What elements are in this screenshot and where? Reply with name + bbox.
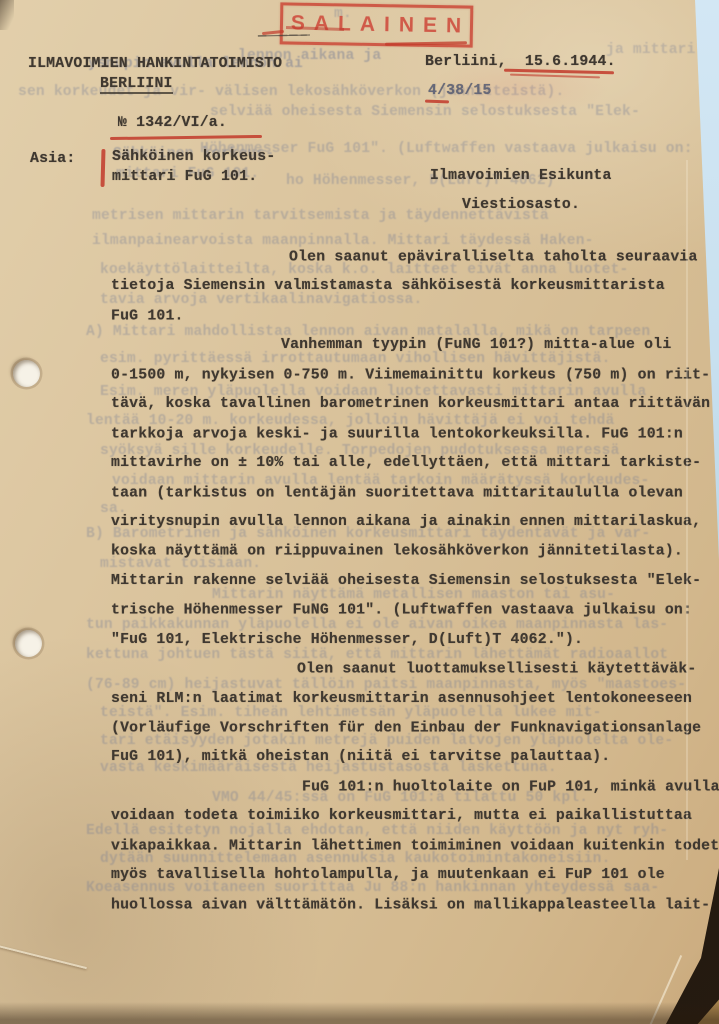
body-line: FuG 101), mitkä oheistan (niitä ei tarvi… — [111, 743, 719, 772]
crease-right-margin — [686, 160, 688, 860]
hole-punch-bottom — [15, 630, 42, 657]
body-line: 0-1500 m, nykyisen 0-750 m. Viimemainitt… — [111, 361, 719, 390]
body-line: tarkkoja arvoja keski- ja suurilla lento… — [111, 420, 719, 449]
recipient-line-1: Ilmavoimien Esikunta — [430, 168, 612, 184]
letter-body: Olen saanut epäviralliselta taholta seur… — [111, 243, 719, 920]
red-subject-margin-bar — [101, 149, 106, 187]
body-line: Olen saanut epäviralliselta taholta seur… — [111, 244, 719, 273]
body-line: tietoja Siemensin valmistamasta sähköise… — [111, 272, 719, 301]
body-line: seni RLM:n laatimat korkeusmittarin asen… — [111, 685, 719, 714]
body-line: koska näyttämä on riippuvainen lekosähkö… — [111, 538, 719, 567]
body-line: tävä, koska tavallinen barometrinen kork… — [111, 390, 719, 419]
body-line: viritysnupin avulla lennon aikana ja ain… — [111, 508, 719, 537]
sender-office: ILMAVOIMIEN HANKINTATOIMISTO — [28, 56, 282, 72]
body-line: myös tavallisella hohtolampulla, ja muut… — [111, 861, 719, 890]
scanned-document-photo: m.ja mittari-lennon aikana jaysnupin avu… — [0, 0, 719, 1024]
body-line: huollossa aivan välttämätön. Lisäksi on … — [111, 891, 719, 920]
body-line: "FuG 101, Elektrische Höhenmesser, D(Luf… — [111, 626, 719, 655]
sender-city: BERLIINI — [100, 76, 173, 94]
body-line: voidaan todeta toimiiko korkeusmittari, … — [111, 802, 719, 831]
body-line: FuG 101:n huoltolaite on FuP 101, minkä … — [111, 773, 719, 802]
document-page: m.ja mittari-lennon aikana jaysnupin avu… — [0, 0, 719, 1024]
typed-strikeout-mark: — ——– — [258, 28, 310, 45]
body-line: mittavirhe on ± 10% tai alle, edellyttäe… — [111, 449, 719, 478]
red-underline-number — [110, 135, 262, 140]
ghost-line: ja mittari- — [606, 42, 705, 58]
body-line: Olen saanut luottamuksellisesti käytettä… — [111, 656, 719, 685]
document-number: № 1342/VI/a. — [118, 115, 227, 131]
body-line: (Vorläufige Vorschriften für den Einbau … — [111, 715, 719, 744]
body-line: FuG 101. — [111, 302, 719, 331]
body-line: vikapaikkaa. Mittarin lähettimen toimimi… — [111, 832, 719, 861]
ghost-line: selviää oheisesta Siemensin selostuksest… — [210, 104, 640, 120]
body-line: trische Höhenmesser FuNG 101". (Luftwaff… — [111, 597, 719, 626]
subject-line-2: mittari FuG 101. — [112, 169, 257, 185]
hole-punch-top — [13, 360, 40, 387]
crease-bottom-left — [0, 945, 87, 969]
subject-line-1: Sähköinen korkeus- — [112, 149, 275, 165]
red-underline-reference — [425, 100, 449, 104]
dateline: Berliini, 15.6.1944. — [425, 54, 616, 70]
salainen-stamp-text: SALAINEN — [291, 12, 471, 39]
body-line: Vanhemman tyypin (FuNG 101?) mitta-alue … — [111, 331, 719, 360]
corner-shadow-top-left — [0, 0, 14, 30]
body-line: taan (tarkistus on lentäjän suoritettava… — [111, 479, 719, 508]
subject-label: Asia: — [30, 151, 75, 167]
body-line: Mittarin rakenne selviää oheisesta Sieme… — [111, 567, 719, 596]
red-underline-date-second — [510, 74, 600, 79]
reference-number: 4/38/15 — [428, 83, 492, 99]
recipient-line-2: Viestiosasto. — [462, 197, 580, 213]
bottom-edge-shadow — [0, 1002, 719, 1024]
